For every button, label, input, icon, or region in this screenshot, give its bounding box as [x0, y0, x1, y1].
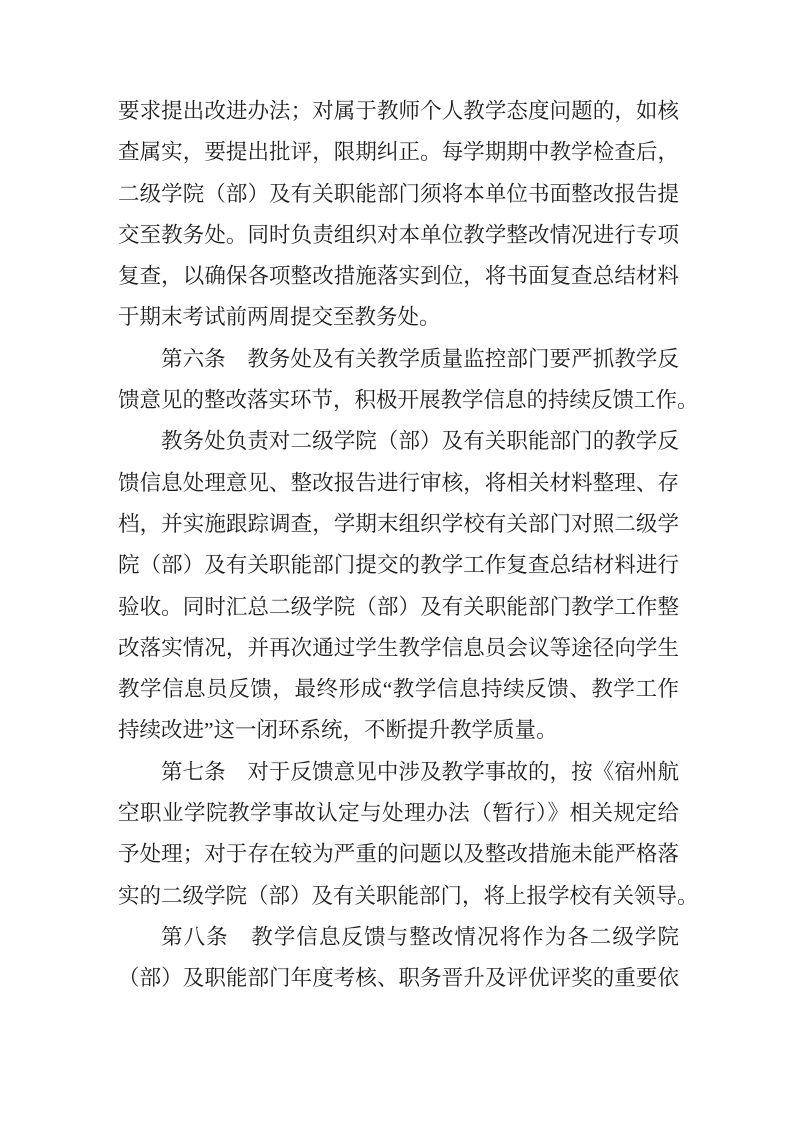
text-line: 档，并实施跟踪调查，学期末组织学校有关部门对照二级学	[118, 504, 679, 545]
text-line: 予处理；对于存在较为严重的问题以及整改措施未能严格落	[118, 834, 679, 875]
text-line: （部）及职能部门年度考核、职务晋升及评优评奖的重要依	[118, 958, 679, 999]
text-line: 实的二级学院（部）及有关职能部门，将上报学校有关领导。	[118, 876, 679, 917]
text-line: 改落实情况，并再次通过学生教学信息员会议等途径向学生	[118, 628, 679, 669]
text-line: 于期末考试前两周提交至教务处。	[118, 297, 679, 338]
article-7-heading-line: 第七条 对于反馈意见中涉及教学事故的，按《宿州航	[118, 752, 679, 793]
text-line: 复查，以确保各项整改措施落实到位，将书面复查总结材料	[118, 256, 679, 297]
text-line: 查属实，要提出批评，限期纠正。每学期期中教学检查后，	[118, 132, 679, 173]
text-line: 教学信息员反馈，最终形成“教学信息持续反馈、教学工作	[118, 669, 679, 710]
text-line: 空职业学院教学事故认定与处理办法（暂行）》相关规定给	[118, 793, 679, 834]
text-line: 持续改进”这一闭环系统，不断提升教学质量。	[118, 710, 679, 751]
text-line: 教务处负责对二级学院（部）及有关职能部门的教学反	[118, 421, 679, 462]
text-line: 馈意见的整改落实环节，积极开展教学信息的持续反馈工作。	[118, 380, 679, 421]
article-8-heading-line: 第八条 教学信息反馈与整改情况将作为各二级学院	[118, 917, 679, 958]
text-line: 验收。同时汇总二级学院（部）及有关职能部门教学工作整	[118, 587, 679, 628]
text-line: 交至教务处。同时负责组织对本单位教学整改情况进行专项	[118, 215, 679, 256]
document-body: 要求提出改进办法；对属于教师个人教学态度问题的，如核 查属实，要提出批评，限期纠…	[118, 91, 679, 1000]
text-line: 二级学院（部）及有关职能部门须将本单位书面整改报告提	[118, 174, 679, 215]
text-line: 馈信息处理意见、整改报告进行审核，将相关材料整理、存	[118, 463, 679, 504]
text-line: 要求提出改进办法；对属于教师个人教学态度问题的，如核	[118, 91, 679, 132]
text-line: 院（部）及有关职能部门提交的教学工作复查总结材料进行	[118, 545, 679, 586]
document-page: 要求提出改进办法；对属于教师个人教学态度问题的，如核 查属实，要提出批评，限期纠…	[0, 0, 793, 1122]
article-6-heading-line: 第六条 教务处及有关教学质量监控部门要严抓教学反	[118, 339, 679, 380]
